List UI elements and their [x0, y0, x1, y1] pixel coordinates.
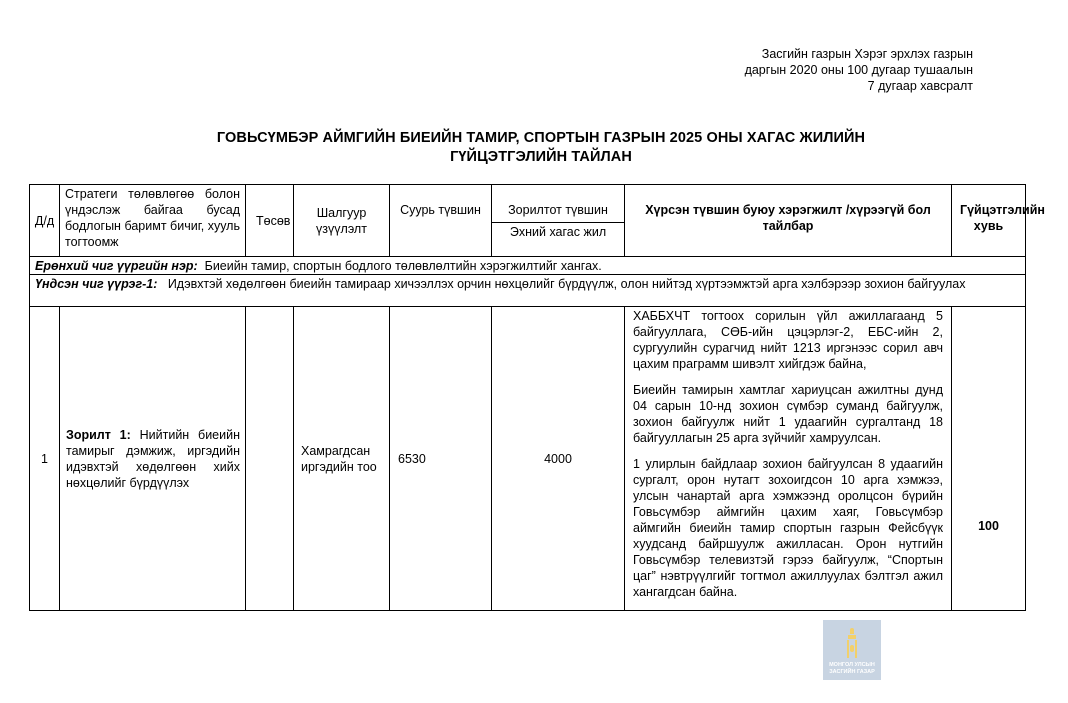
header-baseline: Суурь түвшин: [390, 185, 492, 257]
row-achieved: ХАББХЧТ тогтоох сорилын үйл ажиллагаанд …: [625, 307, 952, 611]
row-indicator: Хамрагдсан иргэдийн тоо: [294, 307, 390, 611]
annex-line-2: даргын 2020 оны 100 дугаар тушаалын: [745, 62, 973, 78]
logo-text: МОНГОЛ УЛСЫН ЗАСГИЙН ГАЗАР: [829, 662, 875, 676]
header-target-sub: Эхний хагас жил: [492, 223, 625, 257]
row-num-text: 1: [41, 452, 48, 466]
report-title-line-1: ГОВЬСҮМБЭР АЙМГИЙН БИЕИЙН ТАМИР, СПОРТЫН…: [0, 129, 1068, 148]
main-function-text: Идэвхтэй хөдөлгөөн биеийн тамираар хичээ…: [168, 277, 966, 291]
row-target-text: 4000: [544, 452, 572, 466]
achieved-paragraph-2: Биеийн тамирын хамтлаг хариуцсан ажилтны…: [633, 382, 943, 446]
main-function-row: Үндсэн чиг үүрэг-1: Идэвхтэй хөдөлгөөн б…: [30, 275, 1026, 307]
header-percent-text: Гүйцэтгэлийн хувь: [960, 203, 1045, 233]
table-row: 1 Зорилт 1: Нийтийн биеийн тамирыг дэмжи…: [30, 307, 1026, 611]
row-percent: 100: [952, 307, 1026, 611]
row-budget: [246, 307, 294, 611]
header-num-text: Д/д: [35, 214, 54, 228]
achieved-paragraph-1: ХАББХЧТ тогтоох сорилын үйл ажиллагаанд …: [633, 308, 943, 372]
row-baseline: 6530: [390, 307, 492, 611]
header-achieved: Хүрсэн түвшин буюу хэрэгжилт /хүрээгүй б…: [625, 185, 952, 257]
header-budget: Төсөв: [246, 185, 294, 257]
annex-line-3: 7 дугаар хавсралт: [745, 78, 973, 94]
table-header-row: Д/д Стратеги төлөвлөгөө болон үндэслэж б…: [30, 185, 1026, 223]
row-objective: Зорилт 1: Нийтийн биеийн тамирыг дэмжиж,…: [60, 307, 246, 611]
header-target-sub-text: Эхний хагас жил: [510, 225, 606, 239]
header-strategy-text: Стратеги төлөвлөгөө болон үндэслэж байга…: [65, 187, 240, 249]
logo-text-line-1: МОНГОЛ УЛСЫН: [829, 662, 875, 669]
row-indicator-text: Хамрагдсан иргэдийн тоо: [301, 444, 377, 474]
header-indicator: Шалгуур үзүүлэлт: [294, 185, 390, 257]
row-num: 1: [30, 307, 60, 611]
header-strategy: Стратеги төлөвлөгөө болон үндэслэж байга…: [60, 185, 246, 257]
row-target: 4000: [492, 307, 625, 611]
main-function-label: Үндсэн чиг үүрэг-1:: [35, 277, 157, 291]
header-num: Д/д: [30, 185, 60, 257]
general-goal-cell: Ерөнхий чиг үүргийн нэр: Биеийн тамир, с…: [30, 257, 1026, 275]
report-title: ГОВЬСҮМБЭР АЙМГИЙН БИЕИЙН ТАМИР, СПОРТЫН…: [0, 129, 1068, 167]
general-goal-text: Биеийн тамир, спортын бодлого төлөвлөлти…: [205, 259, 602, 273]
general-goal-row: Ерөнхий чиг үүргийн нэр: Биеийн тамир, с…: [30, 257, 1026, 275]
row-baseline-text: 6530: [398, 452, 426, 466]
report-title-line-2: ГҮЙЦЭТГЭЛИЙН ТАЙЛАН: [0, 148, 1068, 167]
government-logo: МОНГОЛ УЛСЫН ЗАСГИЙН ГАЗАР: [823, 620, 881, 680]
row-percent-text: 100: [978, 519, 999, 533]
soyombo-icon: [847, 628, 857, 658]
header-indicator-text: Шалгуур үзүүлэлт: [316, 206, 367, 236]
annex-reference: Засгийн газрын Хэрэг эрхлэх газрын даргы…: [745, 46, 973, 94]
achieved-paragraph-3: 1 улирлын байдлаар зохион байгуулсан 8 у…: [633, 456, 943, 600]
general-goal-label: Ерөнхий чиг үүргийн нэр:: [35, 259, 198, 273]
header-target: Зорилтот түвшин: [492, 185, 625, 223]
report-table: Д/д Стратеги төлөвлөгөө болон үндэслэж б…: [29, 184, 1026, 611]
header-target-text: Зорилтот түвшин: [508, 203, 608, 217]
header-achieved-text: Хүрсэн түвшин буюу хэрэгжилт /хүрээгүй б…: [645, 203, 931, 233]
header-percent: Гүйцэтгэлийн хувь: [952, 185, 1026, 257]
objective-label: Зорилт 1:: [66, 428, 131, 442]
header-baseline-text: Суурь түвшин: [400, 203, 481, 217]
logo-text-line-2: ЗАСГИЙН ГАЗАР: [829, 669, 875, 676]
annex-line-1: Засгийн газрын Хэрэг эрхлэх газрын: [745, 46, 973, 62]
main-function-cell: Үндсэн чиг үүрэг-1: Идэвхтэй хөдөлгөөн б…: [30, 275, 1026, 307]
header-budget-text: Төсөв: [256, 214, 290, 228]
